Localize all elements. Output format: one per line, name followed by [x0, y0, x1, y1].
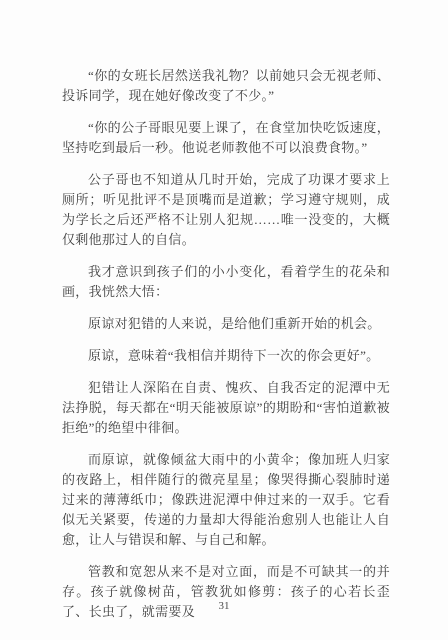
paragraph: “你的公子哥眼见要上课了，在食堂加快吃饭速度，坚持吃到最后一秒。他说老师教他不可… — [62, 118, 390, 158]
paragraph: “你的女班长居然送我礼物？以前她只会无视老师、投诉同学，现在她好像改变了不少。” — [62, 66, 390, 106]
paragraph: 犯错让人深陷在自责、愧疚、自我否定的泥潭中无法挣脱，每天都在“明天能被原谅”的期… — [62, 378, 390, 438]
paragraph: 公子哥也不知道从几时开始，完成了功课才要求上厕所；听见批评不是顶嘴而是道歉；学习… — [62, 170, 390, 250]
paragraph: 原谅，意味着“我相信并期待下一次的你会更好”。 — [62, 346, 390, 366]
document-page: “你的女班长居然送我礼物？以前她只会无视老师、投诉同学，现在她好像改变了不少。”… — [0, 0, 448, 640]
paragraph: 而原谅，就像倾盆大雨中的小黄伞；像加班人归家的夜路上，相伴随行的微亮星星；像哭得… — [62, 450, 390, 550]
paragraph: 我才意识到孩子们的小小变化，看着学生的花朵和画，我恍然大悟： — [62, 262, 390, 302]
paragraph: 原谅对犯错的人来说，是给他们重新开始的机会。 — [62, 314, 390, 334]
page-text-block: “你的女班长居然送我礼物？以前她只会无视老师、投诉同学，现在她好像改变了不少。”… — [62, 66, 390, 634]
page-number: 31 — [0, 600, 448, 612]
paragraph: 管教和宽恕从来不是对立面，而是不可缺其一的并存。孩子就像树苗，管教犹如修剪：孩子… — [62, 562, 390, 622]
